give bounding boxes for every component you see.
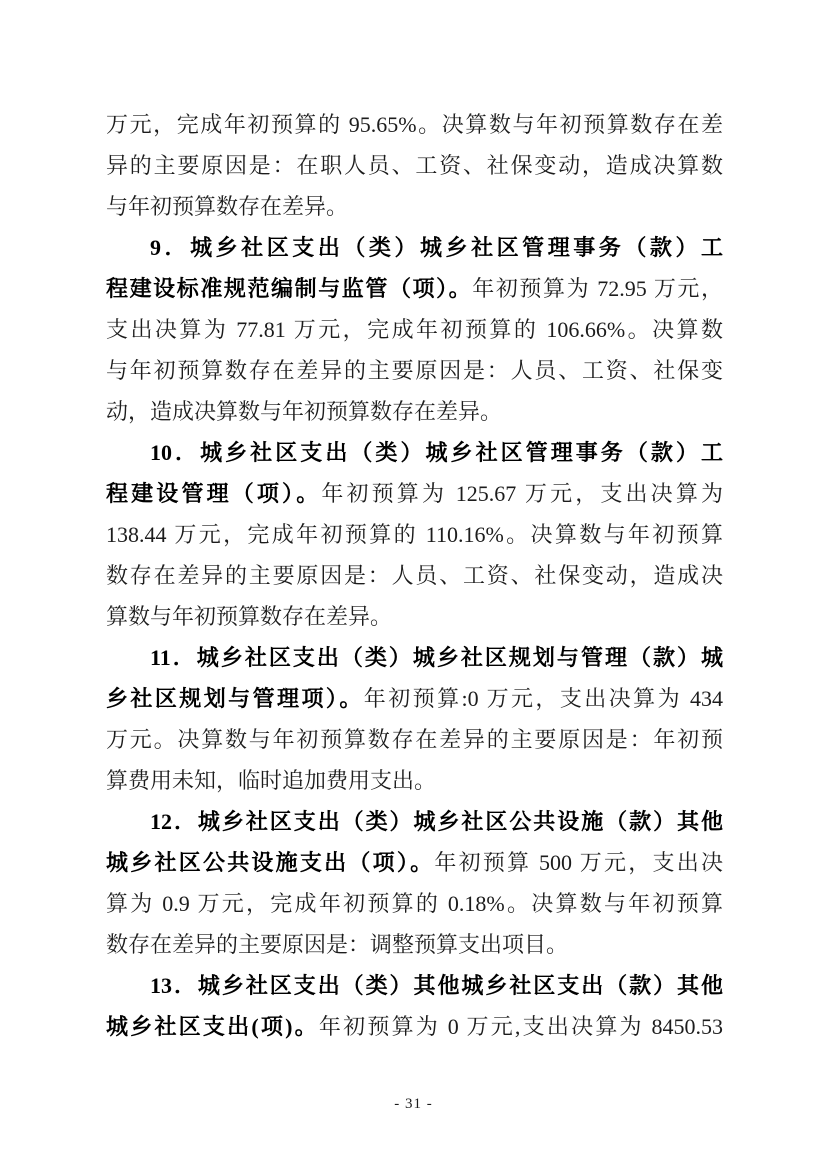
- body-segment: 年初预算为 0 万元,支出决算为 8450.53: [319, 1014, 723, 1039]
- body-segment: 年初预算:0 万元，支出决算为 434: [364, 686, 723, 711]
- heading-segment: 城乡社区公共设施支出（项）。: [106, 850, 434, 875]
- text-line: 程建设标准规范编制与监管（项）。年初预算为 72.95 万元，: [106, 268, 723, 309]
- text-line: 算费用未知，临时追加费用支出。: [106, 760, 723, 801]
- text-line: 9．城乡社区支出（类）城乡社区管理事务（款）工: [106, 227, 723, 268]
- paragraph-item-12: 12．城乡社区支出（类）城乡社区公共设施（款）其他城乡社区公共设施支出（项）。年…: [106, 801, 723, 965]
- text-line: 13．城乡社区支出（类）其他城乡社区支出（款）其他: [106, 965, 723, 1006]
- page-number: - 31 -: [0, 1096, 827, 1113]
- body-segment: 数存在差异的主要原因是：人员、工资、社保变动，造成决: [106, 563, 723, 588]
- text-line: 城乡社区支出(项)。年初预算为 0 万元,支出决算为 8450.53: [106, 1006, 723, 1047]
- text-line: 11．城乡社区支出（类）城乡社区规划与管理（款）城: [106, 637, 723, 678]
- text-line: 138.44 万元，完成年初预算的 110.16%。决算数与年初预算: [106, 514, 723, 555]
- text-line: 城乡社区公共设施支出（项）。年初预算 500 万元，支出决: [106, 842, 723, 883]
- text-line: 万元，完成年初预算的 95.65%。决算数与年初预算数存在差: [106, 104, 723, 145]
- body-segment: 算为 0.9 万元，完成年初预算的 0.18%。决算数与年初预算: [106, 891, 723, 916]
- body-segment: 年初预算为 72.95 万元，: [472, 276, 723, 301]
- heading-segment: 9．城乡社区支出（类）城乡社区管理事务（款）工: [150, 235, 723, 260]
- paragraph-item-10: 10．城乡社区支出（类）城乡社区管理事务（款）工程建设管理（项）。年初预算为 1…: [106, 432, 723, 637]
- body-segment: 异的主要原因是：在职人员、工资、社保变动，造成决算数: [106, 153, 723, 178]
- text-line: 12．城乡社区支出（类）城乡社区公共设施（款）其他: [106, 801, 723, 842]
- text-line: 万元。决算数与年初预算数存在差异的主要原因是：年初预: [106, 719, 723, 760]
- text-line: 乡社区规划与管理项）。年初预算:0 万元，支出决算为 434: [106, 678, 723, 719]
- text-line: 数存在差异的主要原因是：调整预算支出项目。: [106, 924, 723, 965]
- paragraph-item-9: 9．城乡社区支出（类）城乡社区管理事务（款）工程建设标准规范编制与监管（项）。年…: [106, 227, 723, 432]
- text-line: 动，造成决算数与年初预算数存在差异。: [106, 391, 723, 432]
- text-line: 与年初预算数存在差异。: [106, 186, 723, 227]
- body-segment: 数存在差异的主要原因是：调整预算支出项目。: [106, 932, 568, 957]
- body-segment: 138.44 万元，完成年初预算的 110.16%。决算数与年初预算: [106, 522, 723, 547]
- body-segment: 万元，完成年初预算的 95.65%。决算数与年初预算数存在差: [106, 112, 723, 137]
- heading-segment: 10．城乡社区支出（类）城乡社区管理事务（款）工: [150, 440, 723, 465]
- body-segment: 万元。决算数与年初预算数存在差异的主要原因是：年初预: [106, 727, 723, 752]
- body-segment: 与年初预算数存在差异。: [106, 194, 348, 219]
- heading-segment: 11．城乡社区支出（类）城乡社区规划与管理（款）城: [150, 645, 723, 670]
- body-segment: 算费用未知，临时追加费用支出。: [106, 768, 436, 793]
- text-line: 算数与年初预算数存在差异。: [106, 596, 723, 637]
- heading-segment: 乡社区规划与管理项）。: [106, 686, 364, 711]
- paragraph-item-13: 13．城乡社区支出（类）其他城乡社区支出（款）其他城乡社区支出(项)。年初预算为…: [106, 965, 723, 1047]
- body-segment: 动，造成决算数与年初预算数存在差异。: [106, 399, 502, 424]
- text-line: 异的主要原因是：在职人员、工资、社保变动，造成决算数: [106, 145, 723, 186]
- heading-segment: 程建设标准规范编制与监管（项）。: [106, 276, 472, 301]
- heading-segment: 12．城乡社区支出（类）城乡社区公共设施（款）其他: [150, 809, 723, 834]
- body-segment: 算数与年初预算数存在差异。: [106, 604, 392, 629]
- document-page: 万元，完成年初预算的 95.65%。决算数与年初预算数存在差异的主要原因是：在职…: [0, 0, 827, 1169]
- text-line: 程建设管理（项）。年初预算为 125.67 万元，支出决算为: [106, 473, 723, 514]
- text-line: 算为 0.9 万元，完成年初预算的 0.18%。决算数与年初预算: [106, 883, 723, 924]
- body-segment: 年初预算为 125.67 万元，支出决算为: [321, 481, 723, 506]
- text-line: 与年初预算数存在差异的主要原因是：人员、工资、社保变: [106, 350, 723, 391]
- heading-segment: 13．城乡社区支出（类）其他城乡社区支出（款）其他: [150, 973, 723, 998]
- body-segment: 与年初预算数存在差异的主要原因是：人员、工资、社保变: [106, 358, 723, 383]
- text-block: 万元，完成年初预算的 95.65%。决算数与年初预算数存在差异的主要原因是：在职…: [106, 104, 723, 1047]
- heading-segment: 城乡社区支出(项)。: [106, 1014, 319, 1039]
- heading-segment: 程建设管理（项）。: [106, 481, 321, 506]
- text-line: 支出决算为 77.81 万元，完成年初预算的 106.66%。决算数: [106, 309, 723, 350]
- paragraph-item-11: 11．城乡社区支出（类）城乡社区规划与管理（款）城乡社区规划与管理项）。年初预算…: [106, 637, 723, 801]
- body-segment: 年初预算 500 万元，支出决: [434, 850, 723, 875]
- paragraph-8-continuation: 万元，完成年初预算的 95.65%。决算数与年初预算数存在差异的主要原因是：在职…: [106, 104, 723, 227]
- text-line: 数存在差异的主要原因是：人员、工资、社保变动，造成决: [106, 555, 723, 596]
- body-segment: 支出决算为 77.81 万元，完成年初预算的 106.66%。决算数: [106, 317, 723, 342]
- text-line: 10．城乡社区支出（类）城乡社区管理事务（款）工: [106, 432, 723, 473]
